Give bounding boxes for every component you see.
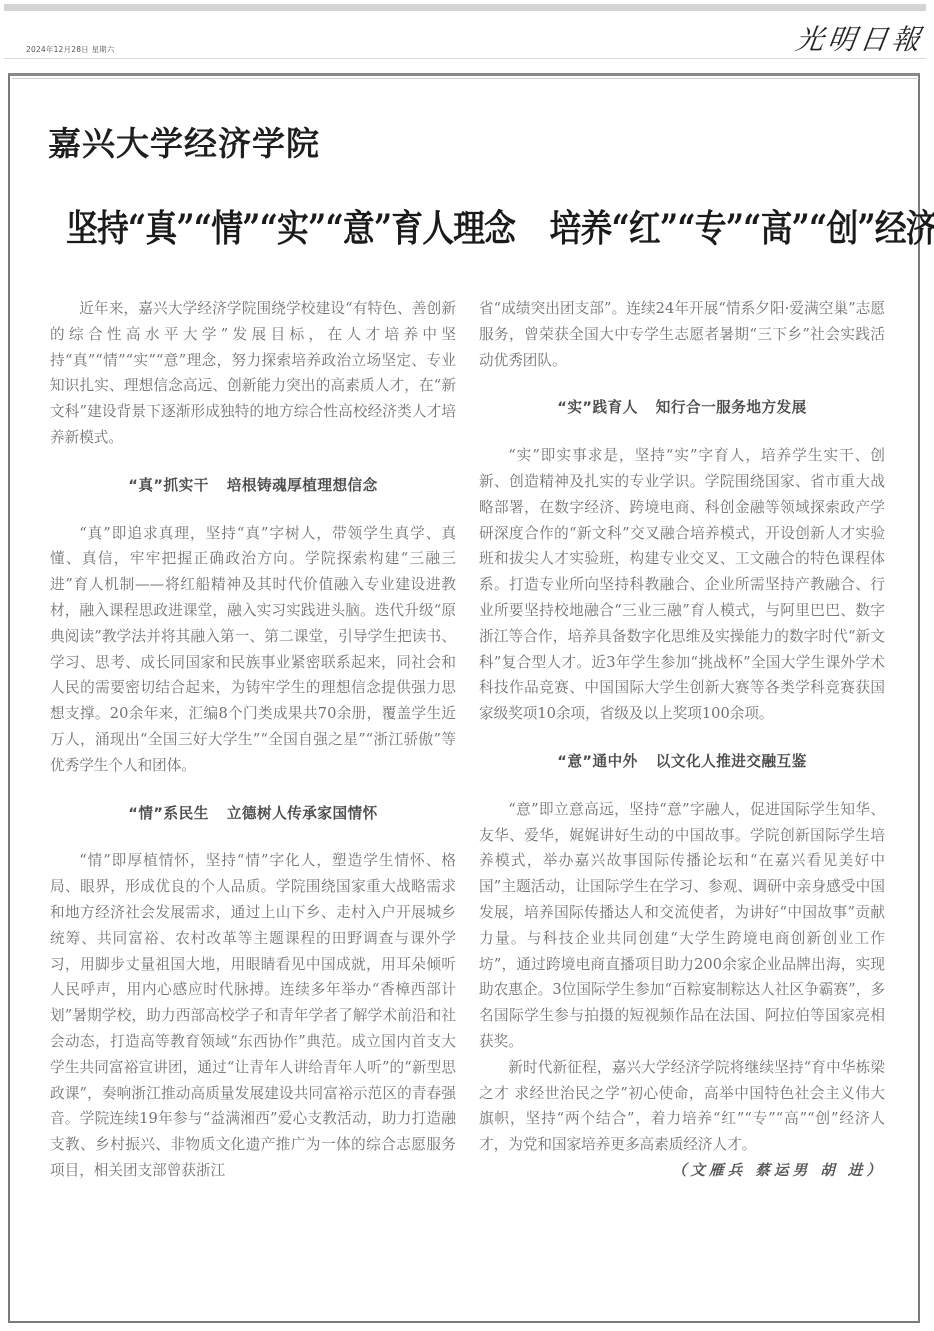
section-heading-yi: “意”通中外以文化人推进交融互鉴 <box>479 749 885 775</box>
article-headline: 坚持“真”“情”“实”“意”育人理念培养“红”“专”“高”“创”经济人才 <box>66 198 771 252</box>
section-heading-shi: “实”践育人知行合一服务地方发展 <box>479 395 885 421</box>
top-gray-bar <box>4 4 926 11</box>
issue-date: 2024年12月28日 星期六 <box>26 44 115 55</box>
section-body-yi: “意”即立意高远，坚持“意”字融人，促进国际学生知华、友华、爱华，娓娓讲好生动的… <box>479 797 885 1055</box>
headline-part-2: 培养“红”“专”“高”“创”经济人才 <box>550 206 934 250</box>
header-divider <box>4 58 926 59</box>
newspaper-logo: 光明日報 <box>793 18 927 58</box>
section-body-qing: “情”即厚植情怀，坚持“情”字化人，塑造学生情怀、格局、眼界，形成优良的个人品质… <box>50 848 456 1183</box>
section-body-qing-continued: 省“成绩突出团支部”。连续24年开展“情系夕阳·爱满空巢”志愿服务，曾荣获全国大… <box>479 296 885 373</box>
headline-part-1: 坚持“真”“情”“实”“意”育人理念 <box>66 206 515 250</box>
section-body-shi: “实”即实事求是，坚持“实”字育人，培养学生实干、创新、创造精神及扎实的专业学识… <box>479 443 885 727</box>
byline: （文雁兵 蔡运男 胡 进） <box>643 1158 885 1184</box>
left-column: 近年来，嘉兴大学经济学院围绕学校建设“有特色、善创新的综合性高水平大学”发展目标… <box>50 296 456 1184</box>
conclusion-paragraph: 新时代新征程，嘉兴大学经济学院将继续坚持“育中华栋梁之才 求经世治民之学”初心使… <box>479 1055 885 1158</box>
article-kicker: 嘉兴大学经济学院 <box>48 118 320 165</box>
frame-inner-line <box>12 78 919 79</box>
right-column: 省“成绩突出团支部”。连续24年开展“情系夕阳·爱满空巢”志愿服务，曾荣获全国大… <box>479 296 885 1184</box>
intro-paragraph: 近年来，嘉兴大学经济学院围绕学校建设“有特色、善创新的综合性高水平大学”发展目标… <box>50 296 456 451</box>
section-heading-zhen: “真”抓实干培根铸魂厚植理想信念 <box>50 473 456 499</box>
section-heading-qing: “情”系民生立德树人传承家国情怀 <box>50 801 456 827</box>
section-body-zhen: “真”即追求真理，坚持“真”字树人，带领学生真学、真懂、真信，牢牢把握正确政治方… <box>50 521 456 779</box>
